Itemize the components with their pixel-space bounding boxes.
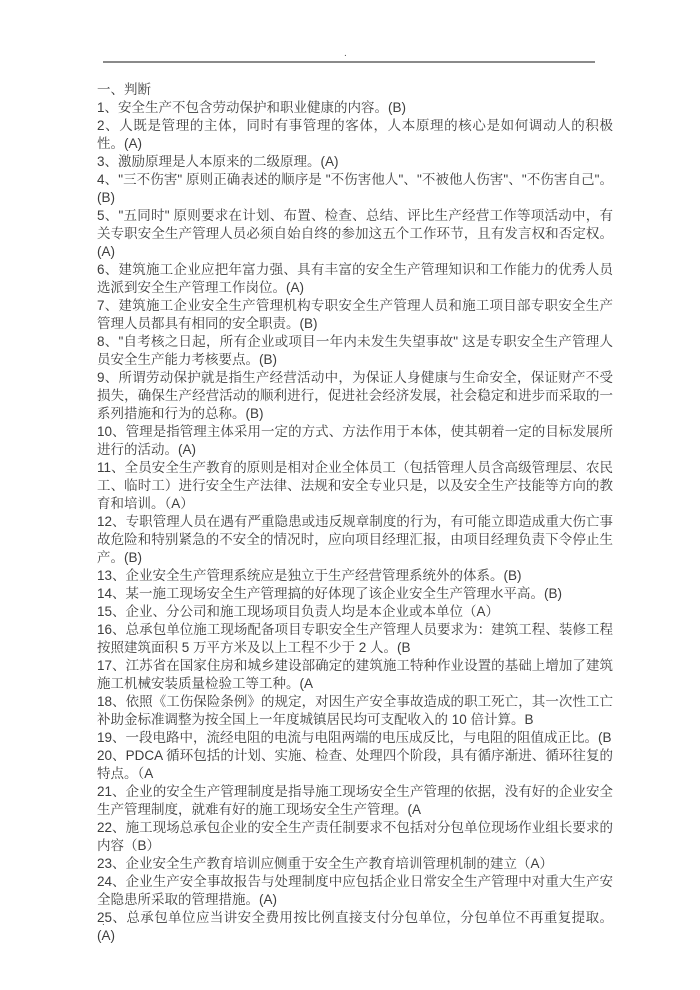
question-number: 8、 xyxy=(97,334,119,349)
question-item: 17、江苏省在国家住房和城乡建设部确定的建筑施工特种作业设置的基础上增加了建筑施… xyxy=(97,657,613,693)
question-answer: (B) xyxy=(97,190,115,205)
question-answer: (A) xyxy=(286,280,304,295)
question-answer: (B) xyxy=(504,568,522,583)
question-number: 21、 xyxy=(97,784,126,799)
question-item: 4、"三不伤害" 原则正确表述的顺序是 "不伤害他人"、"不被他人伤害"、"不伤… xyxy=(97,171,613,207)
question-answer: (B) xyxy=(124,550,142,565)
question-number: 23、 xyxy=(97,856,126,871)
question-number: 20、 xyxy=(97,748,126,763)
question-number: 10、 xyxy=(97,424,126,439)
question-number: 12、 xyxy=(97,514,126,529)
question-item: 24、企业生产安全事故报告与处理制度中应包括企业日常安全生产管理中对重大生产安全… xyxy=(97,873,613,909)
question-text: 企业、分公司和施工现场项目负责人均是本企业或本单位 xyxy=(126,604,464,619)
question-number: 11、 xyxy=(97,460,125,475)
question-answer: （B） xyxy=(124,838,160,853)
question-item: 5、"五同时" 原则要求在计划、布置、检查、总结、评比生产经营工作等项活动中，有… xyxy=(97,207,613,261)
question-list: 1、安全生产不包含劳动保护和职业健康的内容。(B) 2、人既是管理的主体，同时有… xyxy=(97,99,613,945)
question-number: 13、 xyxy=(97,568,126,583)
question-answer: (B) xyxy=(300,316,318,331)
question-text: 建筑施工企业应把年富力强、具有丰富的安全生产管理知识和工作能力的优秀人员选派到安… xyxy=(97,262,613,295)
question-answer: (A) xyxy=(259,892,277,907)
question-answer: (B xyxy=(397,640,411,655)
question-number: 17、 xyxy=(97,658,126,673)
question-item: 23、企业安全生产教育培训应侧重于安全生产教育培训管理机制的建立（A） xyxy=(97,855,613,873)
question-item: 13、企业安全生产管理系统应是独立于生产经营管理系统外的体系。(B) xyxy=(97,567,613,585)
question-text: 建筑施工企业安全生产管理机构专职安全生产管理人员和施工项目部专职安全生产管理人员… xyxy=(97,298,613,331)
question-item: 20、PDCA 循环包括的计划、实施、检查、处理四个阶段，具有循序渐进、循环往复… xyxy=(97,747,613,783)
question-item: 14、某一施工现场安全生产管理搞的好体现了该企业安全生产管理水平高。(B) xyxy=(97,585,613,603)
question-answer: （A xyxy=(138,766,154,781)
question-text: "五同时" 原则要求在计划、布置、检查、总结、评比生产经营工作等项活动中，有关专… xyxy=(97,208,613,241)
question-text: PDCA 循环包括的计划、实施、检查、处理四个阶段，具有循序渐进、循环往复的特点… xyxy=(97,748,613,781)
question-number: 2、 xyxy=(97,118,119,133)
question-text: 依照《工伤保险条例》的规定，对因生产安全事故造成的职工死亡，其一次性工亡补助金标… xyxy=(97,694,613,727)
question-item: 8、"自考核之日起，所有企业或项目一年内未发生失望事故" 这是专职安全生产管理人… xyxy=(97,333,613,369)
question-answer: B xyxy=(525,712,534,727)
question-text: 江苏省在国家住房和城乡建设部确定的建筑施工特种作业设置的基础上增加了建筑施工机械… xyxy=(97,658,613,691)
question-number: 4、 xyxy=(97,172,118,187)
question-answer: (B) xyxy=(259,352,277,367)
question-text: 施工现场总承包企业的安全生产责任制要求不包括对分包单位现场作业组长要求的内容 xyxy=(97,820,613,853)
document-content: 一、判断 1、安全生产不包含劳动保护和职业健康的内容。(B) 2、人既是管理的主… xyxy=(97,81,613,945)
question-item: 1、安全生产不包含劳动保护和职业健康的内容。(B) xyxy=(97,99,613,117)
question-number: 16、 xyxy=(97,622,126,637)
question-item: 7、建筑施工企业安全生产管理机构专职安全生产管理人员和施工项目部专职安全生产管理… xyxy=(97,297,613,333)
question-text: 企业安全生产管理系统应是独立于生产经营管理系统外的体系。 xyxy=(126,568,504,583)
question-text: 总承包单位施工现场配备项目专职安全生产管理人员要求为：建筑工程、装修工程按照建筑… xyxy=(97,622,613,655)
question-number: 6、 xyxy=(97,262,119,277)
question-number: 24、 xyxy=(97,874,126,889)
question-item: 16、总承包单位施工现场配备项目专职安全生产管理人员要求为：建筑工程、装修工程按… xyxy=(97,621,613,657)
question-text: 企业的安全生产管理制度是指导施工现场安全生产管理的依据，没有好的企业安全生产管理… xyxy=(97,784,613,817)
question-text: 激励原理是人本原来的二级原理。 xyxy=(118,154,321,169)
question-text: 专职管理人员在遇有严重隐患或违反规章制度的行为，有可能立即造成重大伤亡事故危险和… xyxy=(97,514,613,565)
question-item: 3、激励原理是人本原来的二级原理。(A) xyxy=(97,153,613,171)
question-item: 21、企业的安全生产管理制度是指导施工现场安全生产管理的依据，没有好的企业安全生… xyxy=(97,783,613,819)
document-page: . 一、判断 1、安全生产不包含劳动保护和职业健康的内容。(B) 2、人既是管理… xyxy=(0,0,700,990)
question-text: "自考核之日起，所有企业或项目一年内未发生失望事故" 这是专职安全生产管理人员安… xyxy=(97,334,613,367)
header-rule xyxy=(103,61,595,63)
question-number: 15、 xyxy=(97,604,126,619)
question-text: 人既是管理的主体，同时有事管理的客体，人本原理的核心是如何调动人的积极性。 xyxy=(97,118,613,151)
question-answer: (A) xyxy=(97,928,115,943)
question-number: 9、 xyxy=(97,370,119,385)
question-answer: (A) xyxy=(124,136,142,151)
question-answer: (B) xyxy=(388,100,406,115)
question-text: 企业安全生产教育培训应侧重于安全生产教育培训管理机制的建立 xyxy=(126,856,518,871)
question-item: 25、总承包单位应当讲安全费用按比例直接支付分包单位，分包单位不再重复提取。(A… xyxy=(97,909,613,945)
question-text: 所谓劳动保护就是指生产经营活动中，为保证人身健康与生命安全，保证财产不受损失，确… xyxy=(97,370,613,421)
footer-dot: . xyxy=(102,918,105,928)
question-answer: (A xyxy=(300,676,314,691)
question-item: 18、依照《工伤保险条例》的规定，对因生产安全事故造成的职工死亡，其一次性工亡补… xyxy=(97,693,613,729)
question-answer: (A) xyxy=(178,442,196,457)
question-item: 19、一段电路中，流经电阻的电流与电阻两端的电压成反比，与电阻的阻值成正比。(B xyxy=(97,729,613,747)
question-number: 3、 xyxy=(97,154,118,169)
question-answer: (B xyxy=(598,730,612,745)
question-text: 一段电路中，流经电阻的电流与电阻两端的电压成反比，与电阻的阻值成正比。 xyxy=(126,730,599,745)
question-number: 22、 xyxy=(97,820,126,835)
question-item: 12、专职管理人员在遇有严重隐患或违反规章制度的行为，有可能立即造成重大伤亡事故… xyxy=(97,513,613,567)
question-text: 管理是指管理主体采用一定的方式、方法作用于本体，使其朝着一定的目标发展所进行的活… xyxy=(97,424,613,457)
question-answer: (A) xyxy=(321,154,339,169)
question-text: 总承包单位应当讲安全费用按比例直接支付分包单位，分包单位不再重复提取。 xyxy=(126,910,613,925)
question-item: 9、所谓劳动保护就是指生产经营活动中，为保证人身健康与生命安全，保证财产不受损失… xyxy=(97,369,613,423)
question-answer: (A) xyxy=(97,244,115,259)
question-answer: (A xyxy=(408,802,422,817)
question-item: 11、全员安全生产教育的原则是相对企业全体员工（包括管理人员含高级管理层、农民工… xyxy=(97,459,613,513)
question-number: 1、 xyxy=(97,100,118,115)
question-number: 19、 xyxy=(97,730,126,745)
question-text: 企业生产安全事故报告与处理制度中应包括企业日常安全生产管理中对重大生产安全隐患所… xyxy=(97,874,613,907)
question-text: 安全生产不包含劳动保护和职业健康的内容。 xyxy=(118,100,388,115)
question-item: 15、企业、分公司和施工现场项目负责人均是本企业或本单位（A） xyxy=(97,603,613,621)
question-number: 14、 xyxy=(97,586,126,601)
question-item: 2、人既是管理的主体，同时有事管理的客体，人本原理的核心是如何调动人的积极性。(… xyxy=(97,117,613,153)
question-number: 5、 xyxy=(97,208,119,223)
question-number: 7、 xyxy=(97,298,119,313)
section-title: 一、判断 xyxy=(97,81,613,99)
question-item: 22、施工现场总承包企业的安全生产责任制要求不包括对分包单位现场作业组长要求的内… xyxy=(97,819,613,855)
question-text: 某一施工现场安全生产管理搞的好体现了该企业安全生产管理水平高。 xyxy=(126,586,545,601)
header-dot: . xyxy=(344,49,347,59)
question-text: "三不伤害" 原则正确表述的顺序是 "不伤害他人"、"不被他人伤害"、"不伤害自… xyxy=(118,172,613,187)
question-answer: （A） xyxy=(463,604,499,619)
question-answer: (B) xyxy=(544,586,562,601)
question-answer: （A） xyxy=(165,496,194,511)
question-item: 10、管理是指管理主体采用一定的方式、方法作用于本体，使其朝着一定的目标发展所进… xyxy=(97,423,613,459)
question-answer: （A） xyxy=(517,856,553,871)
question-number: 18、 xyxy=(97,694,126,709)
question-item: 6、建筑施工企业应把年富力强、具有丰富的安全生产管理知识和工作能力的优秀人员选派… xyxy=(97,261,613,297)
question-answer: (B) xyxy=(246,406,264,421)
